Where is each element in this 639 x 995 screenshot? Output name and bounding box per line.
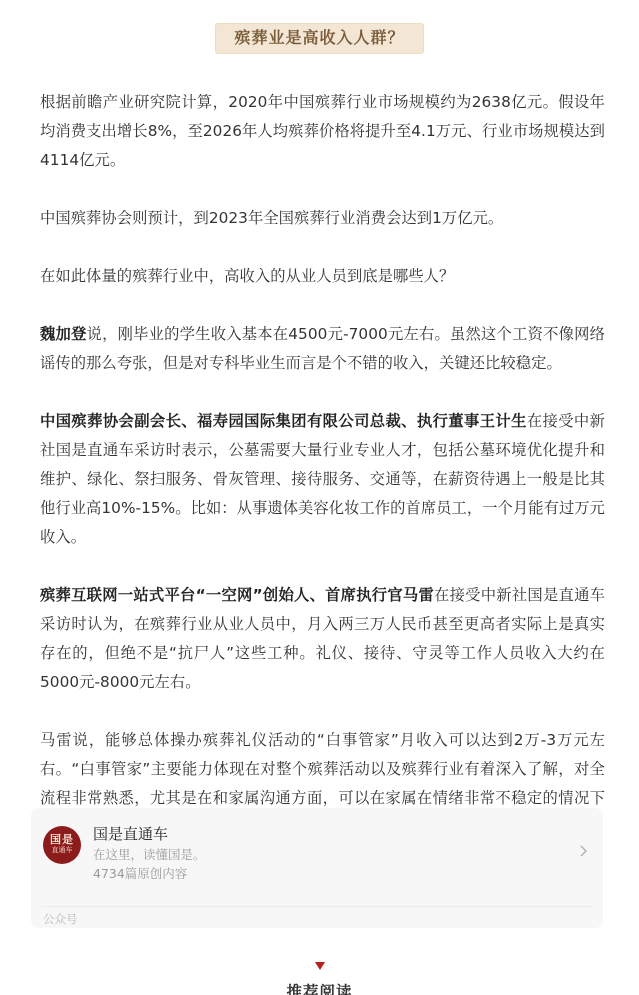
paragraph-ma-lei: 殡葬互联网一站式平台“一空网”创始人、首席执行官马雷在接受中新社国是直通车采访时… (40, 581, 605, 697)
paragraph-wei-jiadeng: 魏加登说，刚毕业的学生收入基本在4500元-7000元左右。虽然这个工资不像网络… (40, 320, 605, 378)
recommended-reading-label: 推荐阅读 (0, 982, 639, 995)
official-account-card[interactable]: 国是 直通车 国是直通车 在这里，读懂国是。 4734篇原创内容 公众号 (31, 808, 603, 928)
chevron-right-icon[interactable] (579, 844, 589, 858)
paragraph-text: 在如此体量的殡葬行业中，高收入的从业人员到底是哪些人？ (40, 267, 454, 285)
paragraph-wang-jisheng: 中国殡葬协会副会长、福寿园国际集团有限公司总裁、执行董事王计生在接受中新社国是直… (40, 407, 605, 552)
speaker-name: 中国殡葬协会副会长、福寿园国际集团有限公司总裁、执行董事王计生 (40, 412, 527, 430)
account-description: 在这里，读懂国是。 (93, 846, 206, 863)
paragraph-text: 中国殡葬协会则预计，到2023年全国殡葬行业消费会达到1万亿元。 (40, 209, 503, 227)
recommended-reading: 推荐阅读 (0, 955, 639, 995)
avatar-text-bottom: 直通车 (43, 846, 81, 855)
article-body: 根据前瞻产业研究院计算，2020年中国殡葬行业市场规模约为2638亿元。假设年均… (40, 88, 605, 900)
account-profile-link[interactable]: 国是 直通车 国是直通车 在这里，读懂国是。 4734篇原创内容 (31, 808, 603, 898)
account-name: 国是直通车 (93, 824, 168, 844)
paragraph-text: 在接受中新社国是直通车采访时表示，公墓需要大量行业专业人才，包括公墓环境优化提升… (40, 412, 605, 546)
paragraph-text: 说，刚毕业的学生收入基本在4500元-7000元左右。虽然这个工资不像网络谣传的… (40, 325, 605, 372)
avatar-text-top: 国是 (43, 833, 81, 846)
section-title-wrap: 殡葬业是高收入人群？ (0, 23, 639, 54)
paragraph-question: 在如此体量的殡葬行业中，高收入的从业人员到底是哪些人？ (40, 262, 605, 291)
account-article-count: 4734篇原创内容 (93, 865, 187, 882)
section-title: 殡葬业是高收入人群？ (215, 23, 423, 54)
speaker-name: 殡葬互联网一站式平台“一空网”创始人、首席执行官马雷 (40, 586, 434, 604)
avatar: 国是 直通车 (43, 826, 81, 864)
account-type-label: 公众号 (43, 912, 78, 926)
paragraph-text: 根据前瞻产业研究院计算，2020年中国殡葬行业市场规模约为2638亿元。假设年均… (40, 93, 605, 169)
card-divider (41, 906, 593, 907)
speaker-name: 魏加登 (40, 325, 87, 343)
triangle-down-icon (315, 962, 325, 970)
paragraph-market-size: 根据前瞻产业研究院计算，2020年中国殡葬行业市场规模约为2638亿元。假设年均… (40, 88, 605, 175)
paragraph-association-forecast: 中国殡葬协会则预计，到2023年全国殡葬行业消费会达到1万亿元。 (40, 204, 605, 233)
